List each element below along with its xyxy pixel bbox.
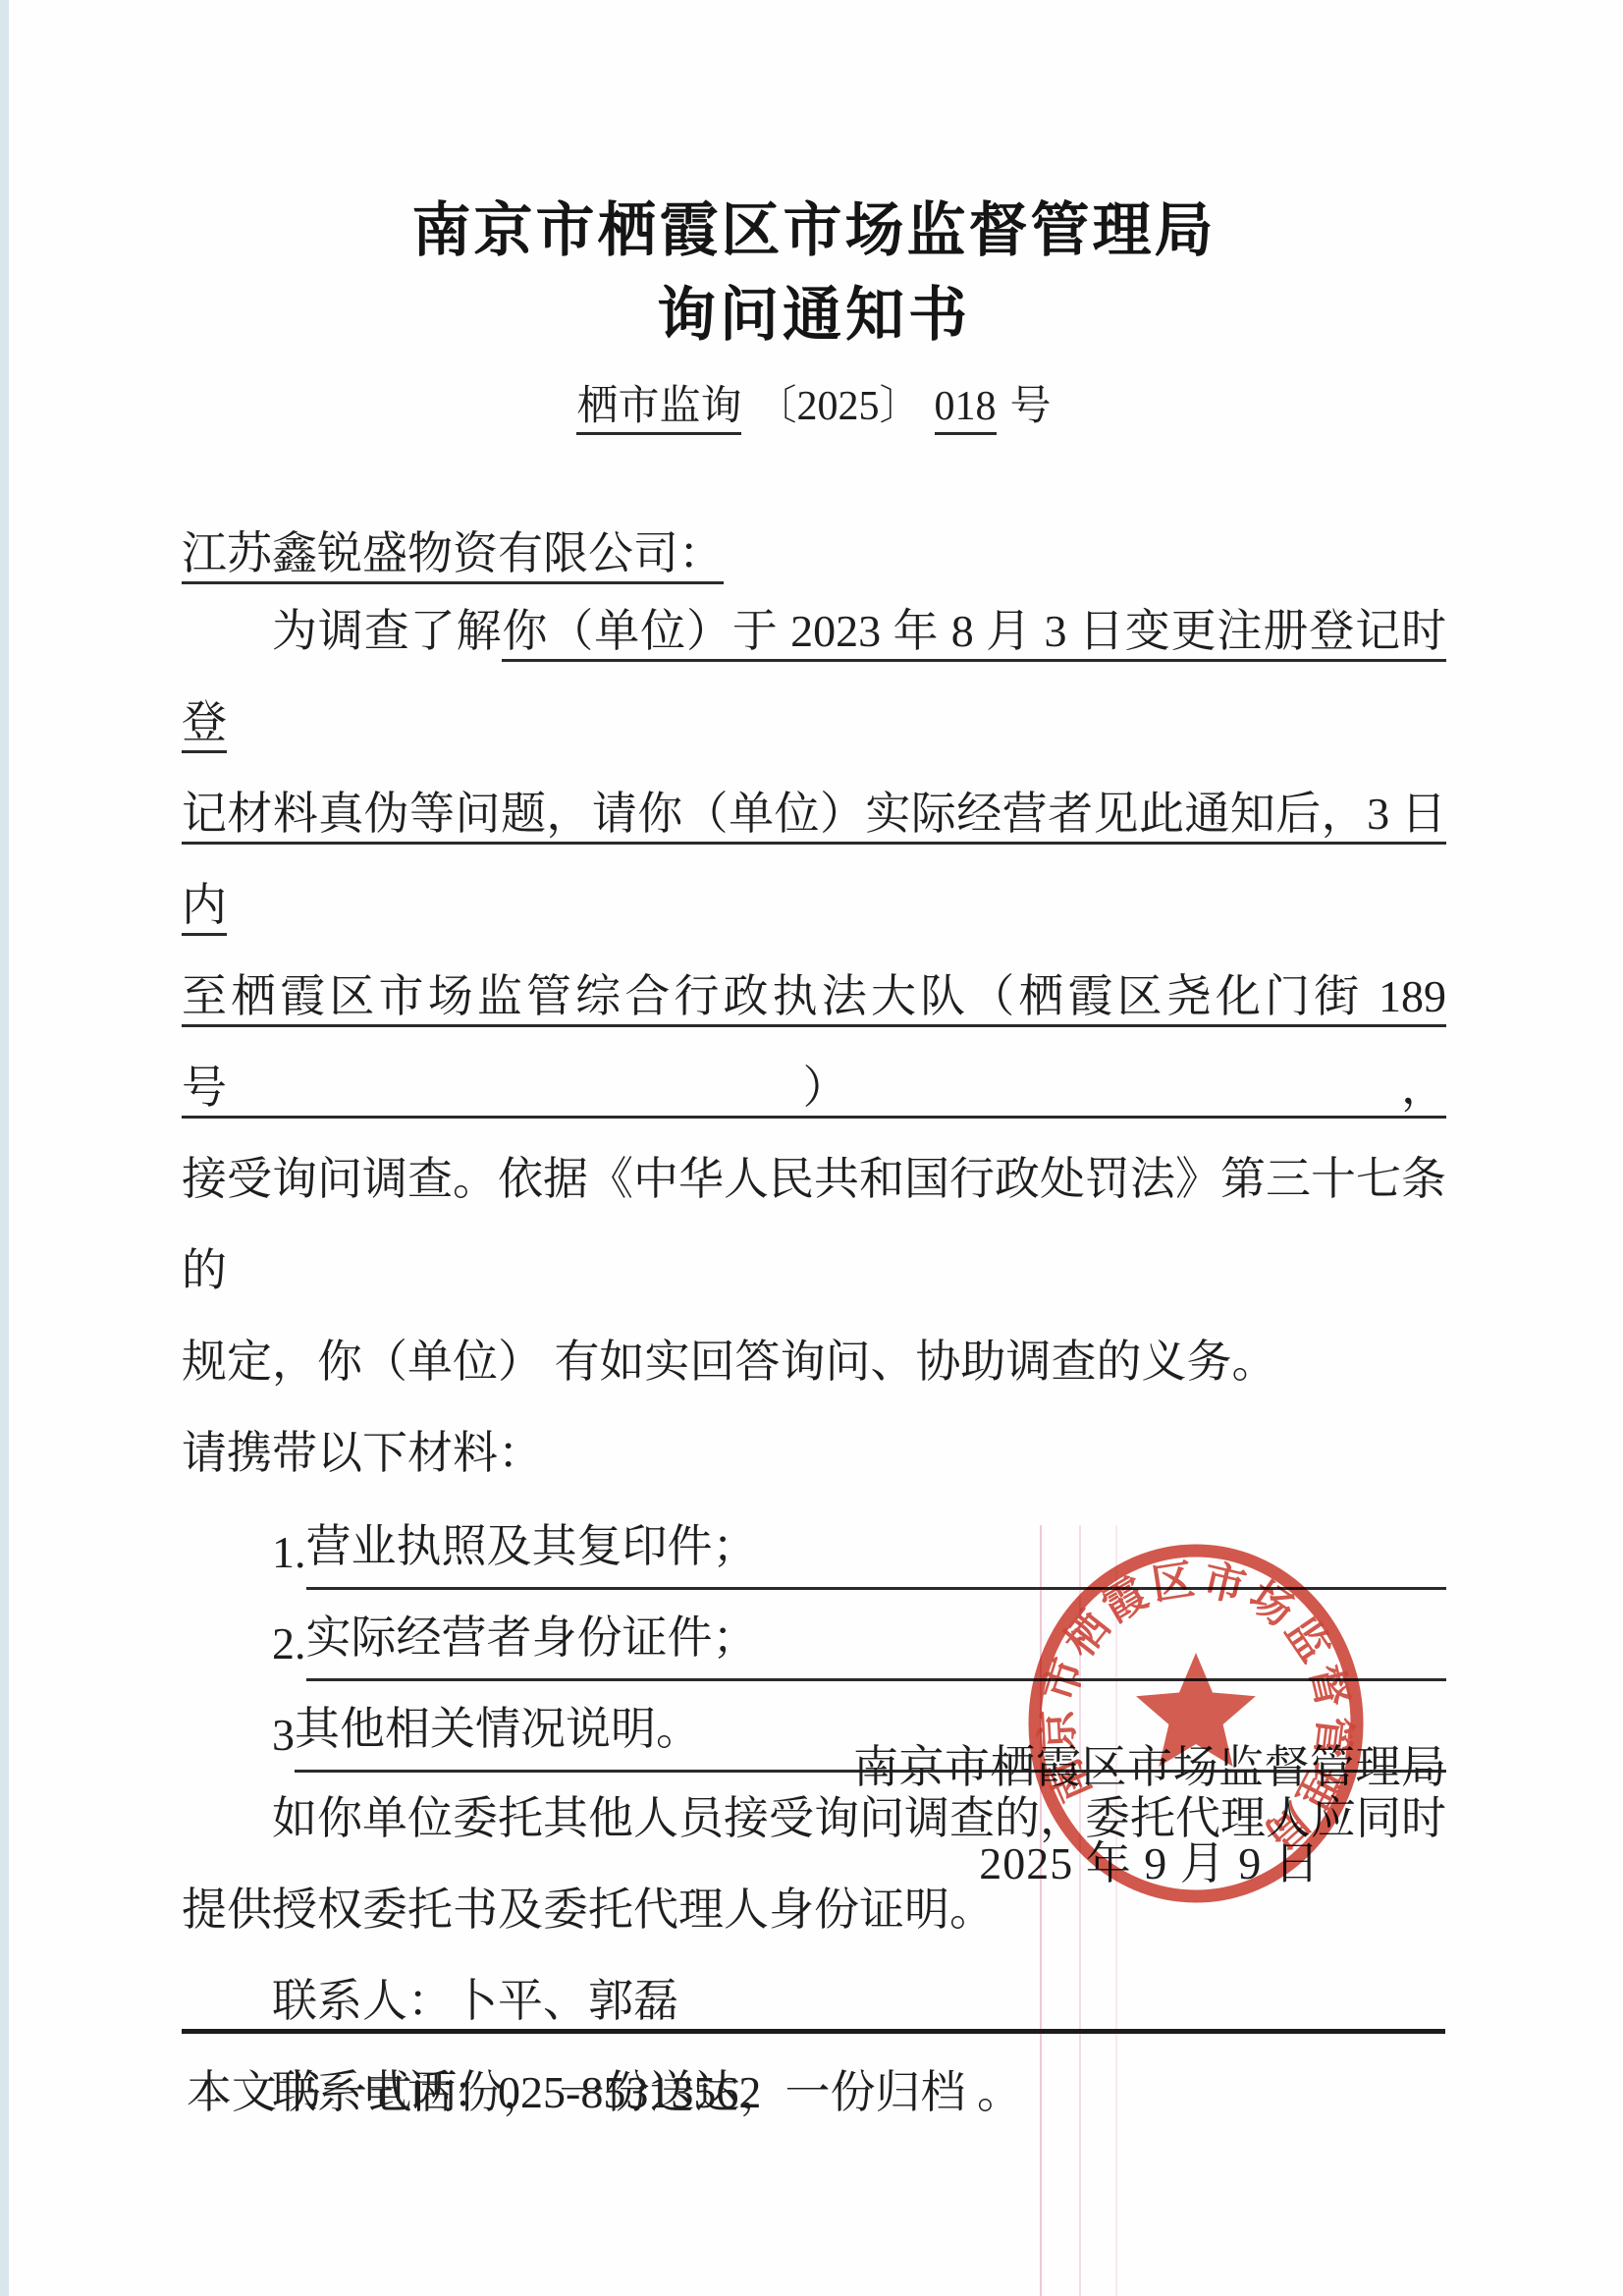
paragraph-line: 为调查了解你（单位）于 2023 年 8 月 3 日变更注册登记时登 [182,585,1446,768]
materials-heading: 请携带以下材料： [182,1407,1446,1499]
document-number-suffix: 号 [1010,384,1052,429]
footer-divider-rule [182,2029,1445,2034]
paragraph-text: 规定，你（单位） 有如实回答询问、协助调查的义务。 [182,1337,1277,1387]
list-item-number: 1. [272,1526,306,1590]
document-number: 栖市监询〔2025〕018号 [182,381,1446,432]
seal-star [1136,1653,1256,1767]
list-item-number: 2. [272,1617,306,1681]
document-title-type: 询问通知书 [182,281,1446,350]
list-item-text: 营业执照及其复印件； [306,1510,758,1590]
recipient-line: 江苏鑫锐盛物资有限公司： [182,522,1446,585]
list-item-text: 实际经营者身份证件； [306,1602,758,1681]
paragraph-line: 至栖霞区市场监管综合行政执法大队（栖霞区尧化门街 189 号）， [182,951,1446,1133]
scanned-document-page: 南京市栖霞区市场监督管理局 询问通知书 栖市监询〔2025〕018号 江苏鑫锐盛… [0,0,1623,2296]
paragraph-line: 接受询问调查。依据《中华人民共和国行政处罚法》第三十七条的 [182,1133,1446,1316]
list-item-text: 其他相关情况说明。 [295,1693,701,1773]
scan-edge-artifact [0,0,9,2296]
paragraph-investigation: 为调查了解你（单位）于 2023 年 8 月 3 日变更注册登记时登 记材料真伪… [182,585,1446,1407]
paragraph-line: 记材料真伪等问题，请你（单位）实际经营者见此通知后，3 日内 [182,768,1446,951]
official-red-seal: 南京市栖霞区市场监督管理局 [1009,1534,1382,1913]
document-number-year: 〔2025〕 [755,384,920,429]
document-number-serial: 018 [935,384,997,435]
paragraph-text-underlined: 记材料真伪等问题，请你（单位）实际经营者见此通知后，3 日内 [182,789,1446,936]
document-number-prefix: 栖市监询 [576,384,741,435]
list-item-number: 3 [272,1709,295,1773]
paragraph-text: 接受询问调查。依据《中华人民共和国行政处罚法》第三十七条的 [182,1154,1446,1295]
paragraph-text: 为调查了解 [272,606,502,656]
footer-note: 本文书一式两份， 一份送达，一份归档 。 [187,2062,1022,2123]
paragraph-line: 规定，你（单位） 有如实回答询问、协助调查的义务。 [182,1316,1446,1407]
document-title-authority: 南京市栖霞区市场监督管理局 [182,0,1446,265]
paragraph-text-underlined: 至栖霞区市场监管综合行政执法大队（栖霞区尧化门街 189 号）， [182,971,1446,1119]
recipient-name: 江苏鑫锐盛物资有限公司： [182,528,724,584]
